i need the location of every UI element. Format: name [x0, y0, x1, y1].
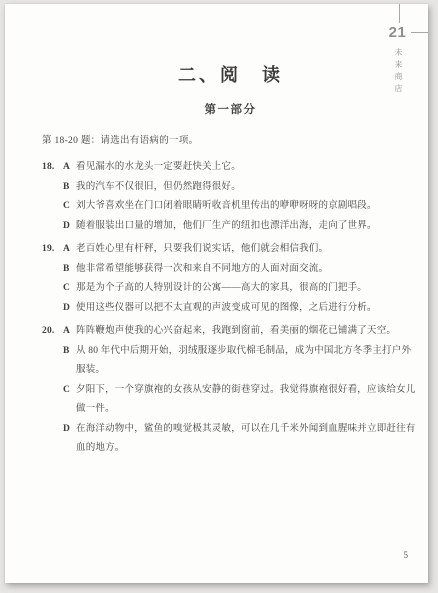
option-label: D — [63, 299, 76, 319]
question-number: 18. — [42, 158, 63, 236]
option-text: 他非常希望能够获得一次和来自不同地方的人面对面交流。 — [76, 260, 419, 280]
option-label: A — [63, 322, 76, 342]
option-text: 在海洋动物中，鲨鱼的嗅觉极其灵敏，可以在几千米外闻到血腥味并立即赶往有血的地方。 — [76, 420, 419, 459]
option-18-d: D 随着服装出口量的增加，他们厂生产的纽扣也漂洋出海，走向了世界。 — [63, 217, 419, 237]
option-label: A — [63, 240, 76, 260]
option-20-c: C 夕阳下，一个穿旗袍的女孩从安静的街巷穿过。我觉得旗袍很好看，应该给女儿做一件… — [63, 381, 419, 420]
option-19-b: B 他非常希望能够获得一次和来自不同地方的人面对面交流。 — [63, 260, 419, 280]
scanned-book-spread: 21 未来商店 二、阅 读 第一部分 第 18-20 题：请选出有语病的一项。 … — [0, 0, 438, 593]
option-text: 从 80 年代中后期开始，羽绒服逐步取代棉毛制品，成为中国北方冬季主打户外服装。 — [76, 342, 419, 381]
option-text: 看见漏水的水龙头一定要赶快关上它。 — [76, 158, 419, 178]
option-text: 随着服装出口量的增加，他们厂生产的纽扣也漂洋出海，走向了世界。 — [76, 217, 419, 237]
option-18-a: A 看见漏水的水龙头一定要赶快关上它。 — [63, 158, 419, 178]
option-text: 使用这些仪器可以把不太直观的声波变成可见的图像，之后进行分析。 — [76, 299, 419, 319]
section-title: 二、阅 读 — [42, 61, 419, 87]
option-text: 那是为个子高的人特别设计的公寓——高大的家具，很高的门把手。 — [76, 279, 419, 299]
option-label: B — [63, 178, 76, 198]
option-20-b: B 从 80 年代中后期开始，羽绒服逐步取代棉毛制品，成为中国北方冬季主打户外服… — [63, 342, 419, 381]
option-label: D — [63, 420, 76, 459]
question-number: 20. — [42, 322, 63, 459]
question-options: A 阵阵鞭炮声使我的心兴奋起来，我跑到窗前，看美丽的烟花已铺满了天空。 B 从 … — [63, 322, 419, 459]
question-19: 19. A 老百姓心里有杆秤，只要我们说实话，他们就会相信我们。 B 他非常希望… — [42, 240, 419, 318]
question-number: 19. — [42, 240, 63, 318]
option-label: B — [63, 260, 76, 280]
option-label: C — [63, 279, 76, 299]
option-label: B — [63, 342, 76, 381]
option-20-d: D 在海洋动物中，鲨鱼的嗅觉极其灵敏，可以在几千米外闻到血腥味并立即赶往有血的地… — [63, 420, 419, 459]
question-20: 20. A 阵阵鞭炮声使我的心兴奋起来，我跑到窗前，看美丽的烟花已铺满了天空。 … — [42, 322, 419, 459]
option-18-c: C 刘大爷喜欢坐在门口闭着眼睛听收音机里传出的咿咿呀呀的京剧唱段。 — [63, 197, 419, 217]
option-19-a: A 老百姓心里有杆秤，只要我们说实话，他们就会相信我们。 — [63, 240, 419, 260]
question-options: A 看见漏水的水龙头一定要赶快关上它。 B 我的汽车不仅很旧，但仍然跑得很好。 … — [63, 158, 419, 236]
option-19-d: D 使用这些仪器可以把不太直观的声波变成可见的图像，之后进行分析。 — [63, 299, 419, 319]
section-subtitle: 第一部分 — [42, 101, 419, 117]
book-page: 21 未来商店 二、阅 读 第一部分 第 18-20 题：请选出有语病的一项。 … — [5, 4, 428, 583]
option-19-c: C 那是为个子高的人特别设计的公寓——高大的家具，很高的门把手。 — [63, 279, 419, 299]
page-number: 5 — [404, 550, 409, 560]
option-18-b: B 我的汽车不仅很旧，但仍然跑得很好。 — [63, 178, 419, 198]
option-label: C — [63, 197, 76, 217]
option-label: A — [63, 158, 76, 178]
option-text: 刘大爷喜欢坐在门口闭着眼睛听收音机里传出的咿咿呀呀的京剧唱段。 — [76, 197, 419, 217]
page-content: 二、阅 读 第一部分 第 18-20 题：请选出有语病的一项。 18. A 看见… — [42, 4, 419, 463]
option-text: 夕阳下，一个穿旗袍的女孩从安静的街巷穿过。我觉得旗袍很好看，应该给女儿做一件。 — [76, 381, 419, 420]
option-text: 老百姓心里有杆秤，只要我们说实话，他们就会相信我们。 — [76, 240, 419, 260]
question-18: 18. A 看见漏水的水龙头一定要赶快关上它。 B 我的汽车不仅很旧，但仍然跑得… — [42, 158, 419, 236]
option-label: D — [63, 217, 76, 237]
question-list: 18. A 看见漏水的水龙头一定要赶快关上它。 B 我的汽车不仅很旧，但仍然跑得… — [42, 158, 419, 459]
option-text: 我的汽车不仅很旧，但仍然跑得很好。 — [76, 178, 419, 198]
option-label: C — [63, 381, 76, 420]
option-20-a: A 阵阵鞭炮声使我的心兴奋起来，我跑到窗前，看美丽的烟花已铺满了天空。 — [63, 322, 419, 342]
option-text: 阵阵鞭炮声使我的心兴奋起来，我跑到窗前，看美丽的烟花已铺满了天空。 — [76, 322, 419, 342]
section-instruction: 第 18-20 题：请选出有语病的一项。 — [42, 132, 419, 146]
question-options: A 老百姓心里有杆秤，只要我们说实话，他们就会相信我们。 B 他非常希望能够获得… — [63, 240, 419, 318]
